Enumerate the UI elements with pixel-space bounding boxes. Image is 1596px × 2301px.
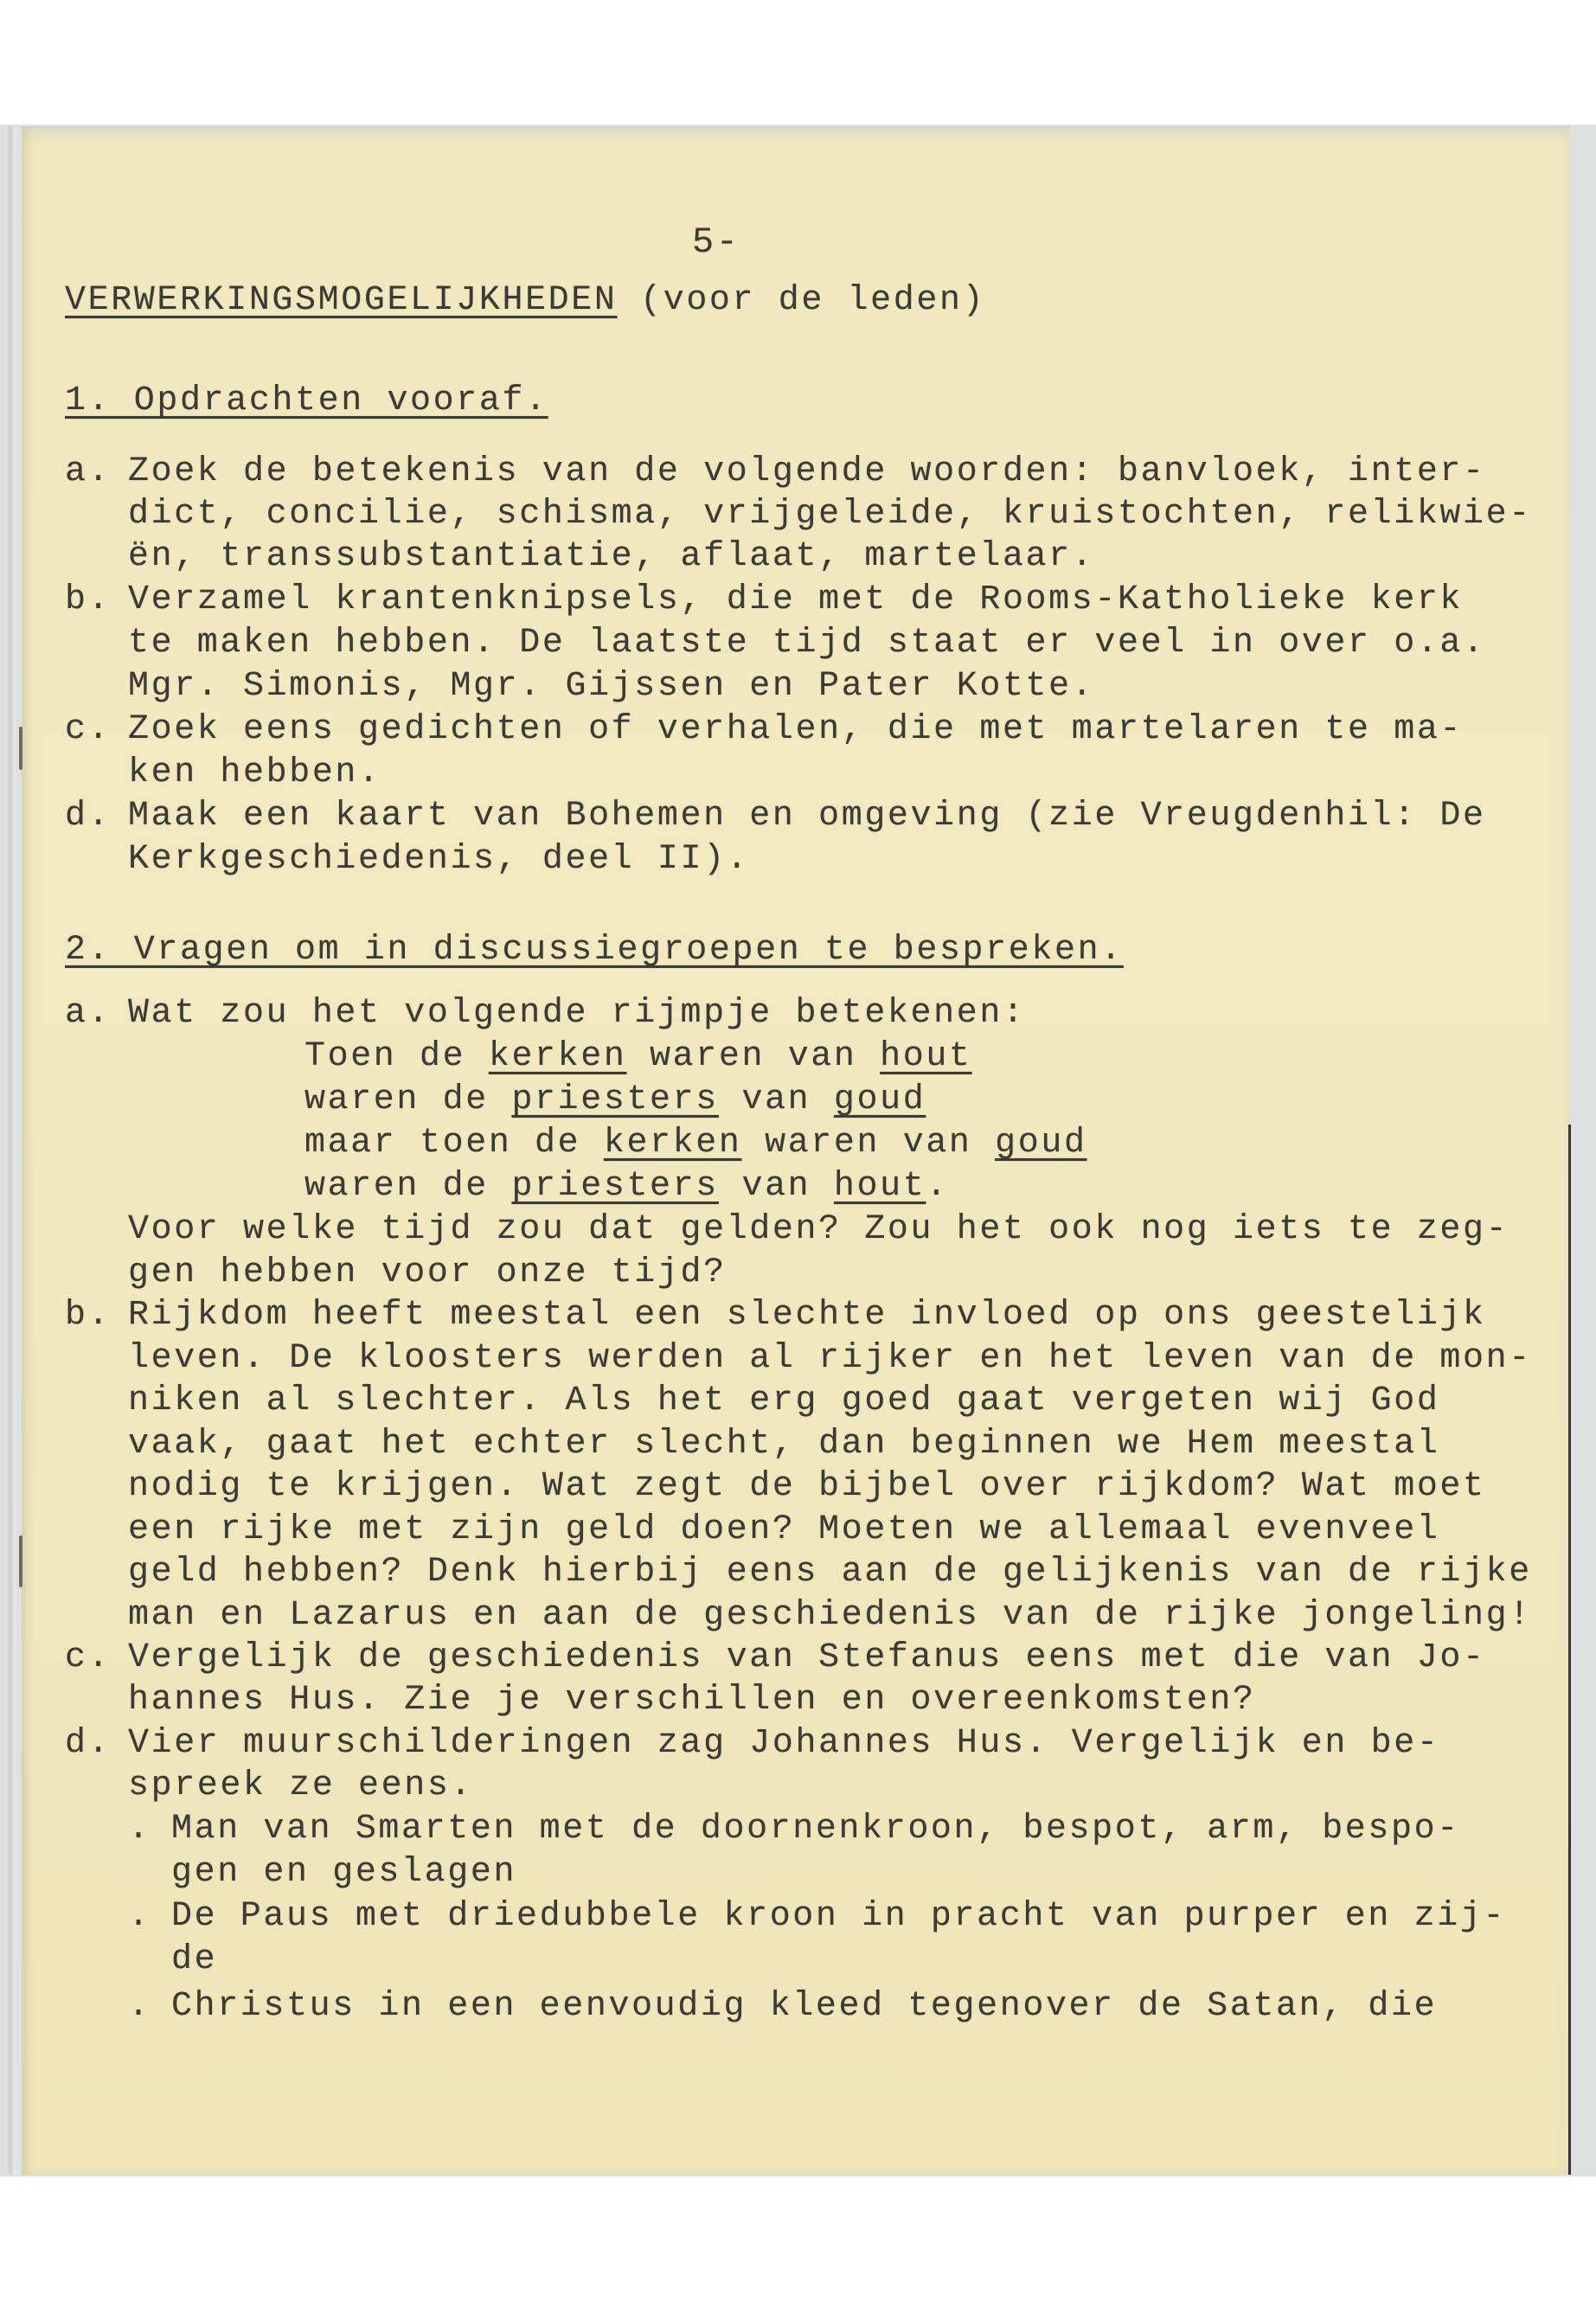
poem-line: waren de priesters van hout. — [304, 1166, 949, 1208]
heading-title: VERWERKINGSMOGELIJKHEDEN — [65, 281, 618, 320]
s1-item-c-line: ken hebben. — [128, 753, 381, 794]
s1-item-d-line: Kerkgeschiedenis, deel II). — [128, 839, 749, 881]
bullet-marker: . — [128, 1809, 151, 1850]
s2-item-d-line: spreek ze eens. — [128, 1766, 473, 1807]
s1-item-c-label: c. — [65, 709, 111, 751]
s1-item-c-line: Zoek eens gedichten of verhalen, die met… — [128, 709, 1463, 751]
poem-line: Toen de kerken waren van hout — [304, 1036, 972, 1078]
page-number: 5- — [692, 221, 740, 263]
s2-item-c-line: Vergelijk de geschiedenis van Stefanus e… — [128, 1638, 1486, 1679]
s1-item-b-line: Mgr. Simonis, Mgr. Gijssen en Pater Kott… — [128, 666, 1094, 708]
bullet-line: Man van Smarten met de doornenkroon, bes… — [171, 1809, 1460, 1850]
poem-line: waren de priesters van goud — [304, 1080, 926, 1121]
s2-item-a-label: a. — [65, 993, 111, 1035]
page-right-edge — [1568, 1125, 1571, 2175]
s2-item-b-line: nodig te krijgen. Wat zegt de bijbel ove… — [128, 1466, 1486, 1508]
s1-item-a-line: Zoek de betekenis van de volgende woorde… — [128, 452, 1486, 493]
s1-item-d-line: Maak een kaart van Bohemen en omgeving (… — [128, 796, 1486, 837]
s1-item-b-line: te maken hebben. De laatste tijd staat e… — [128, 623, 1486, 664]
section-2-title: 2. Vragen om in discussiegroepen te besp… — [65, 930, 1124, 971]
punch-mark — [19, 727, 22, 770]
bullet-line: De Paus met driedubbele kroon in pracht … — [171, 1896, 1506, 1938]
heading-subtitle: (voor de leden) — [640, 281, 985, 320]
s2-item-c-line: hannes Hus. Zie je verschillen en overee… — [128, 1680, 1256, 1721]
bullet-line: Christus in een eenvoudig kleed tegenove… — [171, 1986, 1437, 2028]
page-heading: VERWERKINGSMOGELIJKHEDEN (voor de leden) — [65, 280, 985, 322]
punch-mark — [19, 1535, 22, 1587]
s2-item-a-after: gen hebben voor onze tijd? — [128, 1253, 727, 1294]
s2-item-c-label: c. — [65, 1638, 111, 1679]
section-1-title: 1. Opdrachten vooraf. — [65, 381, 548, 422]
s1-item-a-line: ën, transsubstantiatie, aflaat, martelaa… — [128, 536, 1094, 578]
s2-item-b-line: vaak, gaat het echter slecht, dan beginn… — [128, 1424, 1439, 1465]
s1-item-b-label: b. — [65, 580, 111, 621]
s2-item-a-intro: Wat zou het volgende rijmpje betekenen: — [128, 993, 1026, 1035]
s2-item-b-line: leven. De kloosters werden al rijker en … — [128, 1338, 1532, 1380]
s2-item-b-line: geld hebben? Denk hierbij eens aan de ge… — [128, 1552, 1532, 1593]
bullet-marker: . — [128, 1986, 151, 2028]
bullet-line: gen en geslagen — [171, 1852, 516, 1894]
s1-item-a-line: dict, concilie, schisma, vrijgeleide, kr… — [128, 494, 1532, 535]
s2-item-b-line: Rijkdom heeft meestal een slechte invloe… — [128, 1295, 1486, 1336]
bullet-marker: . — [128, 1896, 151, 1938]
s2-item-b-line: een rijke met zijn geld doen? Moeten we … — [128, 1509, 1439, 1551]
s1-item-b-line: Verzamel krantenknipsels, die met de Roo… — [128, 580, 1463, 621]
poem-line: maar toen de kerken waren van goud — [304, 1123, 1087, 1164]
s1-item-a-label: a. — [65, 452, 111, 493]
s2-item-d-line: Vier muurschilderingen zag Johannes Hus.… — [128, 1723, 1439, 1765]
s1-item-d-label: d. — [65, 796, 111, 837]
s2-item-d-label: d. — [65, 1723, 111, 1765]
s2-item-b-label: b. — [65, 1295, 111, 1336]
bullet-line: de — [171, 1939, 217, 1981]
s2-item-b-line: man en Lazarus en aan de geschiedenis va… — [128, 1595, 1532, 1637]
s2-item-a-after: Voor welke tijd zou dat gelden? Zou het … — [128, 1209, 1509, 1251]
s2-item-b-line: niken al slechter. Als het erg goed gaat… — [128, 1381, 1439, 1422]
binding-edge — [5, 126, 16, 2175]
